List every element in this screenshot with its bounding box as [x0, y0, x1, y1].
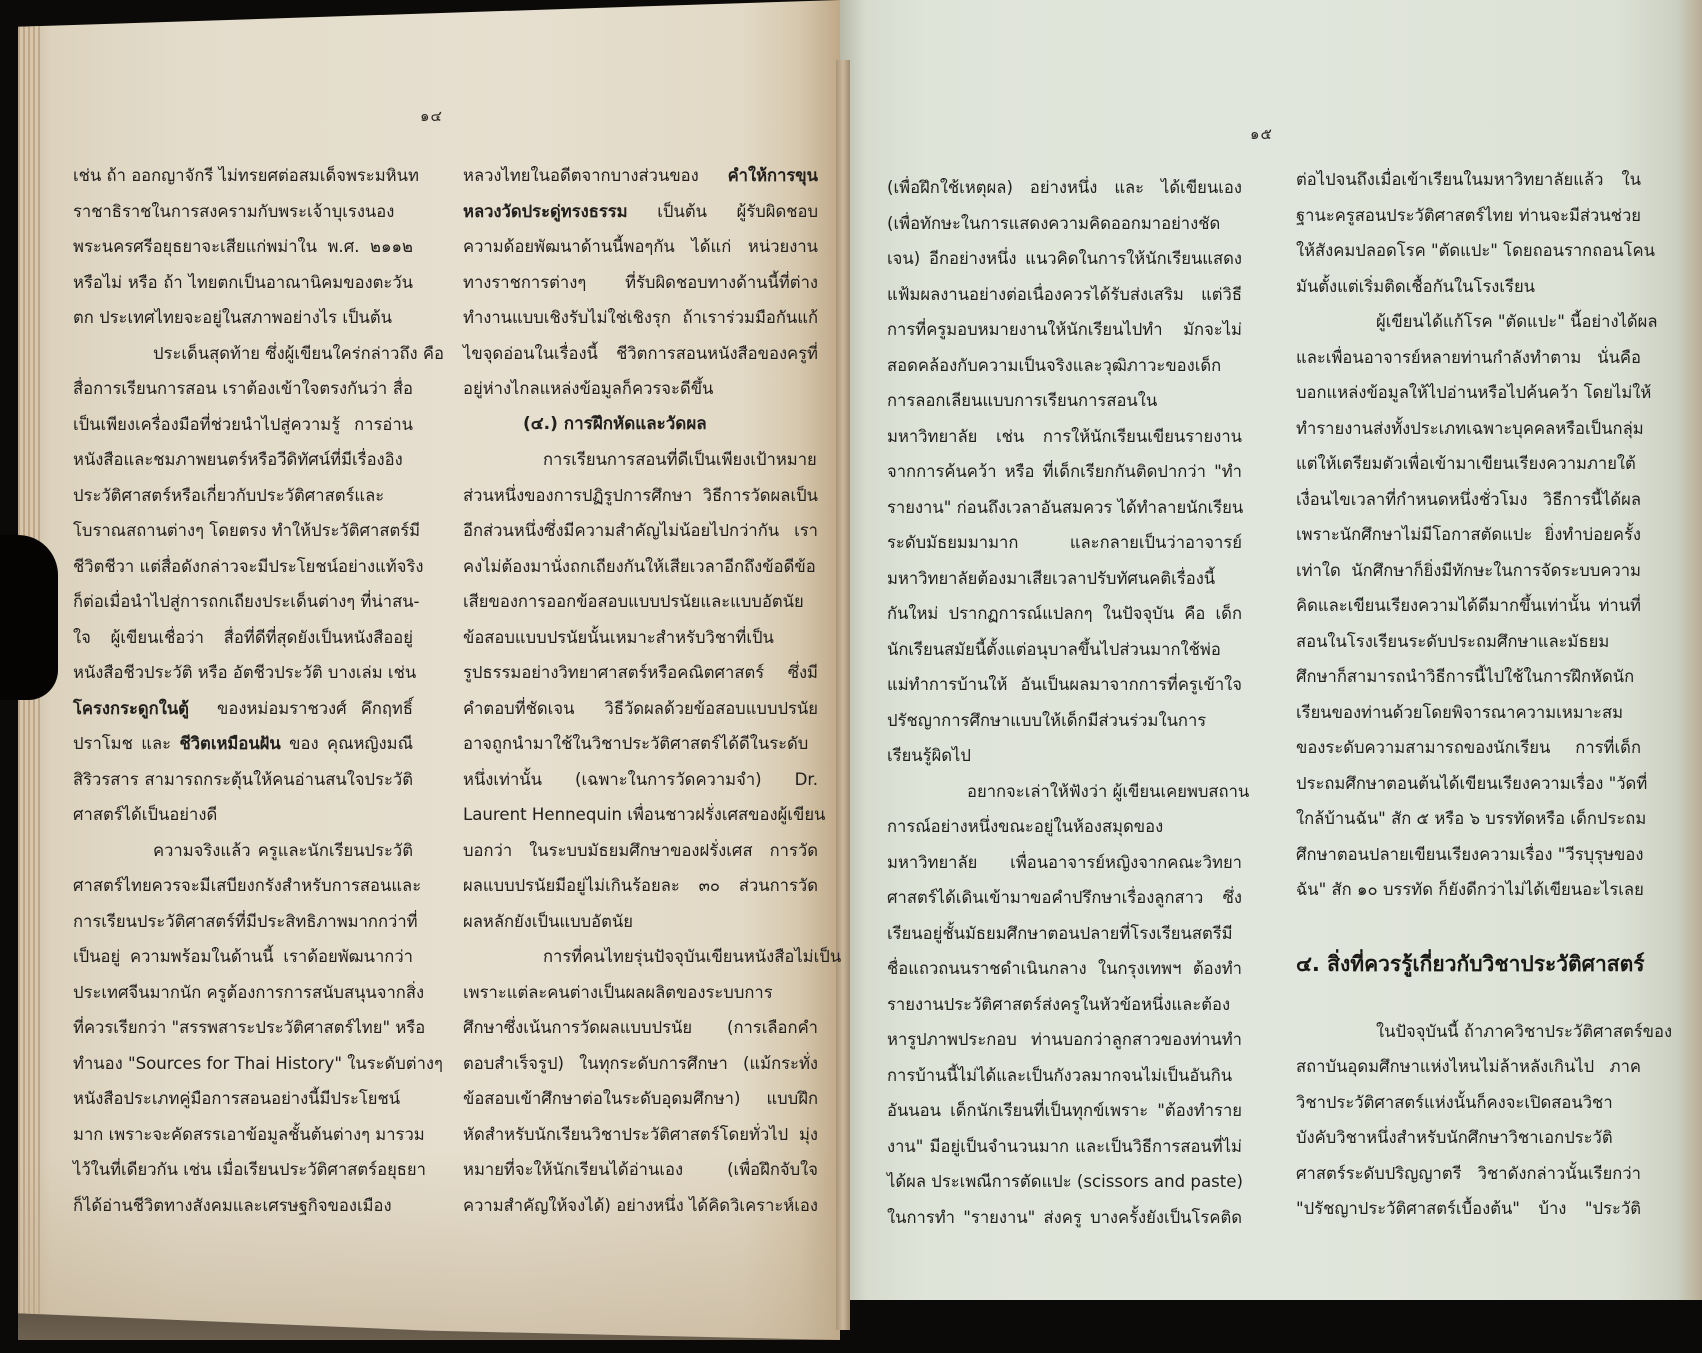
text-line: (เพื่อฝึกใช้เหตุผล) อย่างหนึ่ง และ ได้เข…: [887, 170, 1242, 206]
column-1: เช่น ถ้า ออกญาจักรี ไม่ทรยศต่อสมเด็จพระม…: [73, 158, 413, 1223]
column-2: หลวงไทยในอดีตจากบางส่วนของ คำให้การขุน ห…: [463, 158, 818, 1223]
paragraph-start: อยากจะเล่าให้ฟังว่า ผู้เขียนเคยพบสถาน: [887, 774, 1242, 810]
text-line: ทำนอง "Sources for Thai History" ในระดับ…: [73, 1046, 413, 1082]
text-line: เสียของการออกข้อสอบแบบปรนัยและแบบอัตนัย: [463, 584, 818, 620]
text-line: ที่ควรเรียกว่า "สรรพสาระประวัติศาสตร์ไทย…: [73, 1010, 413, 1046]
text-line: Laurent Hennequin เพื่อนชาวฝรั่งเศสของผู…: [463, 797, 818, 833]
text-line: การที่ครูมอบหมายงานให้นักเรียนไปทำ มักจะ…: [887, 312, 1242, 348]
text-line: มาก เพราะจะคัดสรรเอาข้อมูลชั้นต้นต่างๆ ม…: [73, 1117, 413, 1153]
text-line: ฐานะครูสอนประวัติศาสตร์ไทย ท่านจะมีส่วนช…: [1296, 198, 1641, 234]
text-line: ข้อสอบแบบปรนัยนั้นเหมาะสำหรับวิชาที่เป็น: [463, 620, 818, 656]
text-line: กันใหม่ ปรากฏการณ์แปลกๆ ในปัจจุบัน คือ เ…: [887, 596, 1242, 632]
text-line: สถาบันอุดมศึกษาแห่งไหนไม่ล้าหลังเกินไป ภ…: [1296, 1049, 1641, 1085]
text-line: ศึกษาซึ่งเน้นการวัดผลแบบปรนัย (การเลือกค…: [463, 1010, 818, 1046]
text-line: ข้อสอบเข้าศึกษาต่อในระดับอุดมศึกษา) แบบฝ…: [463, 1081, 818, 1117]
text-line: หารูปภาพประกอบ ท่านบอกว่าลูกสาวของท่านทำ: [887, 1022, 1242, 1058]
text-line: ประถมศึกษาตอนต้นได้เขียนเรียงความเรื่อง …: [1296, 766, 1641, 802]
text-line: หัดสำหรับนักเรียนวิชาประวัติศาสตร์โดยทั่…: [463, 1117, 818, 1153]
book-title-bold: โครงกระดูกในตู้: [73, 699, 189, 718]
document-title-bold: หลวงวัดประดู่ทรงธรรม: [463, 202, 628, 221]
thumb-shadow: [0, 535, 58, 700]
text-line: การลอกเลียนแบบการเรียนการสอนใน: [887, 383, 1242, 419]
text-line: คงไม่ต้องมานั่งถกเถียงกันให้เสียเวลาอีกถ…: [463, 549, 818, 585]
text-line: การบ้านนี้ไม่ได้และเป็นกังวลมากจนไม่เป็น…: [887, 1058, 1242, 1094]
text-line: ราชาธิราชในการสงครามกับพระเจ้าบุเรงนอง: [73, 194, 413, 230]
text-line: ผลแบบปรนัยมีอยู่ไม่เกินร้อยละ ๓๐ ส่วนการ…: [463, 868, 818, 904]
book-title-bold: ชีวิตเหมือนฝัน: [179, 734, 280, 753]
text-line: ทำรายงานส่งทั้งประเภทเฉพาะบุคคลหรือเป็นก…: [1296, 411, 1641, 447]
text-line: หนังสือประเภทคู่มือการสอนอย่างนี้มีประโย…: [73, 1081, 413, 1117]
text-line: อยู่ห่างไกลแหล่งข้อมูลก็ควรจะดีขึ้น: [463, 371, 818, 407]
text-line-with-bold: ปราโมช และ ชีวิตเหมือนฝัน ของ คุณหญิงมณี: [73, 726, 413, 762]
text-line: ศึกษาตอนปลายเขียนเรียงความเรื่อง "วีรบุร…: [1296, 837, 1641, 873]
text-line: ผลหลักยังเป็นแบบอัตนัย: [463, 904, 818, 940]
text-line: ต่อไปจนถึงเมื่อเข้าเรียนในมหาวิทยาลัยแล้…: [1296, 162, 1641, 198]
text-line: ตก ประเทศไทยจะอยู่ในสภาพอย่างไร เป็นต้น: [73, 300, 413, 336]
text-line: หนังสือชีวประวัติ หรือ อัตชีวประวัติ บาง…: [73, 655, 413, 691]
text-line: แฟ้มผลงานอย่างต่อเนื่องควรได้รับส่งเสริม…: [887, 277, 1242, 313]
text-line: ก็ได้อ่านชีวิตทางสังคมและเศรษฐกิจของเมือ…: [73, 1188, 413, 1224]
text-line: เพราะแต่ละคนต่างเป็นผลผลิตของระบบการ: [463, 975, 818, 1011]
paragraph-start: ประเด็นสุดท้าย ซึ่งผู้เขียนใคร่กล่าวถึง …: [73, 336, 413, 372]
text-line: หนังสือและชมภาพยนตร์หรือวีดิทัศน์ที่มีเร…: [73, 442, 413, 478]
page-number-right: ๑๕: [1250, 122, 1273, 146]
text-line: งาน" มีอยู่เป็นจำนวนมาก และเป็นวิธีการสอ…: [887, 1129, 1242, 1165]
text-line: ประวัติศาสตร์หรือเกี่ยวกับประวัติศาสตร์แ…: [73, 478, 413, 514]
text-line: ไว้ในที่เดียวกัน เช่น เมื่อเรียนประวัติศ…: [73, 1152, 413, 1188]
text-line: ชีวิตชีวา แต่สื่อดังกล่าวจะมีประโยชน์อย่…: [73, 549, 413, 585]
text-line: ใกล้บ้านฉัน" สัก ๕ หรือ ๖ บรรทัดหรือ เด็…: [1296, 801, 1641, 837]
text-line: หมายที่จะให้นักเรียนได้อ่านเอง (เพื่อฝึก…: [463, 1152, 818, 1188]
text-line: ระดับมัธยมมามาก และกลายเป็นว่าอาจารย์: [887, 525, 1242, 561]
text-line: การเรียนประวัติศาสตร์ที่มีประสิทธิภาพมาก…: [73, 904, 413, 940]
text-line: การณ์อย่างหนึ่งขณะอยู่ในห้องสมุดของ: [887, 809, 1242, 845]
column-4: ต่อไปจนถึงเมื่อเข้าเรียนในมหาวิทยาลัยแล้…: [1296, 162, 1641, 1227]
text-line: ชื่อแถวถนนราชดำเนินกลาง ในกรุงเทพฯ ต้องท…: [887, 951, 1242, 987]
text-line: บอกว่า ในระบบมัธยมศึกษาของฝรั่งเศส การวั…: [463, 833, 818, 869]
text-line: ให้สังคมปลอดโรค "ตัดแปะ" โดยถอนรากถอนโคน: [1296, 233, 1641, 269]
text-line: (เพื่อทักษะในการแสดงความคิดออกมาอย่างชัด: [887, 206, 1242, 242]
text-line: ประเทศจีนมากนัก ครูต้องการการสนับสนุนจาก…: [73, 975, 413, 1011]
text-line: เรียนรู้ผิดไป: [887, 738, 1242, 774]
text-line: สิริวรสาร สามารถกระตุ้นให้คนอ่านสนใจประว…: [73, 762, 413, 798]
text-line: หรือไม่ หรือ ถ้า ไทยตกเป็นอาณานิคมของตะว…: [73, 265, 413, 301]
text-line: เป็นเพียงเครื่องมือที่ช่วยนำไปสู่ความรู้…: [73, 407, 413, 443]
paragraph-start: ผู้เขียนได้แก้โรค "ตัดแปะ" นี้อย่างได้ผล: [1296, 304, 1641, 340]
paragraph-start: ในปัจจุบันนี้ ถ้าภาควิชาประวัติศาสตร์ของ: [1296, 1014, 1641, 1050]
text-line: มหาวิทยาลัย เช่น การให้นักเรียนเขียนรายง…: [887, 419, 1242, 455]
text-line: มหาวิทยาลัย เพื่อนอาจารย์หญิงจากคณะวิทยา: [887, 845, 1242, 881]
text-line: ศาสตร์ระดับปริญญาตรี วิชาดังกล่าวนั้นเรี…: [1296, 1156, 1641, 1192]
text-line: เท่าใด นักศึกษาก็ยิ่งมีทักษะในการจัดระบบ…: [1296, 553, 1641, 589]
text-line: สื่อการเรียนการสอน เราต้องเข้าใจตรงกันว่…: [73, 371, 413, 407]
text-line: บังคับวิชาหนึ่งสำหรับนักศึกษาวิชาเอกประว…: [1296, 1120, 1641, 1156]
text-line: คำตอบที่ชัดเจน วิธีวัดผลด้วยข้อสอบแบบปรน…: [463, 691, 818, 727]
text-line: ปรัชญาการศึกษาแบบให้เด็กมีส่วนร่วมในการ: [887, 703, 1242, 739]
text-line: ทางราชการต่างๆ ที่รับผิดชอบทางด้านนี้ที่…: [463, 265, 818, 301]
text-line: แม่ทำการบ้านให้ อันเป็นผลมาจากการที่ครูเ…: [887, 667, 1242, 703]
text-line-with-bold: หลวงไทยในอดีตจากบางส่วนของ คำให้การขุน: [463, 158, 818, 194]
text-line: อาจถูกนำมาใช้ในวิชาประวัติศาสตร์ได้ดีในร…: [463, 726, 818, 762]
text-line-with-bold: หลวงวัดประดู่ทรงธรรม เป็นต้น ผู้รับผิดชอ…: [463, 194, 818, 230]
paragraph-start: การที่คนไทยรุ่นปัจจุบันเขียนหนังสือไม่เป…: [463, 939, 818, 975]
text-line: ศาสตร์ได้เป็นอย่างดี: [73, 797, 413, 833]
text-line: ใจ ผู้เขียนเชื่อว่า สื่อที่ดีที่สุดยังเป…: [73, 620, 413, 656]
text-line: ความสำคัญให้จงได้) อย่างหนึ่ง ได้คิดวิเค…: [463, 1188, 818, 1224]
text-line: ก็ต่อเมื่อนำไปสู่การถกเถียงประเด็นต่างๆ …: [73, 584, 413, 620]
text-line: อันนอน เด็กนักเรียนที่เป็นทุกข์เพราะ "ต้…: [887, 1093, 1242, 1129]
text-line: วิชาประวัติศาสตร์แห่งนั้นก็คงจะเปิดสอนวิ…: [1296, 1085, 1641, 1121]
text-line: "ปรัชญาประวัติศาสตร์เบื้องต้น" บ้าง "ประ…: [1296, 1191, 1641, 1227]
text-line: รายงาน" ก่อนถึงเวลาอันสมควร ได้ทำลายนักเ…: [887, 490, 1242, 526]
text-line: เรียนอยู่ชั้นมัธยมศึกษาตอนปลายที่โรงเรีย…: [887, 916, 1242, 952]
text-line: คิดและเขียนเรียงความได้ดีมากขึ้นเท่านั้น…: [1296, 588, 1641, 624]
paragraph-start: การเรียนการสอนที่ดีเป็นเพียงเป้าหมาย: [463, 442, 818, 478]
text-line: บอกแหล่งข้อมูลให้ไปอ่านหรือไปค้นคว้า โดย…: [1296, 375, 1641, 411]
text-line: ศาสตร์ไทยควรจะมีเสบียงกรังสำหรับการสอนแล…: [73, 868, 413, 904]
text-line: ไขจุดอ่อนในเรื่องนี้ ชีวิตการสอนหนังสือข…: [463, 336, 818, 372]
page-number-left: ๑๔: [420, 104, 443, 128]
section-heading: ๔. สิ่งที่ควรรู้เกี่ยวกับวิชาประวัติศาสต…: [1296, 944, 1641, 984]
text-line: และเพื่อนอาจารย์หลายท่านกำลังทำตาม นั่นค…: [1296, 340, 1641, 376]
text-line: สอนในโรงเรียนระดับประถมศึกษาและมัธยม: [1296, 624, 1641, 660]
text-line: ศาสตร์ได้เดินเข้ามาขอคำปรึกษาเรื่องลูกสา…: [887, 880, 1242, 916]
text-line: เรียนของท่านด้วยโดยพิจารณาความเหมาะสม: [1296, 695, 1641, 731]
text-line: เช่น ถ้า ออกญาจักรี ไม่ทรยศต่อสมเด็จพระม…: [73, 158, 413, 194]
text-line: นักเรียนสมัยนี้ตั้งแต่อนุบาลขึ้นไปส่วนมา…: [887, 632, 1242, 668]
column-3: (เพื่อฝึกใช้เหตุผล) อย่างหนึ่ง และ ได้เข…: [887, 170, 1242, 1235]
text-line: อีกส่วนหนึ่งซึ่งมีความสำคัญไม่น้อยไปกว่า…: [463, 513, 818, 549]
text-line: แต่ให้เตรียมตัวเพื่อเข้ามาเขียนเรียงความ…: [1296, 446, 1641, 482]
text-line: ตอบสำเร็จรูป) ในทุกระดับการศึกษา (แม้กระ…: [463, 1046, 818, 1082]
text-line: พระนครศรีอยุธยาจะเสียแก่พม่าใน พ.ศ. ๒๑๑๒: [73, 229, 413, 265]
text-line: มันตั้งแต่เริ่มติดเชื้อกันในโรงเรียน: [1296, 269, 1641, 305]
text-line: ในการทำ "รายงาน" ส่งครู บางครั้งยังเป็นโ…: [887, 1200, 1242, 1236]
text-line: ความด้อยพัฒนาด้านนี้พอๆกัน ได้แก่ หน่วยง…: [463, 229, 818, 265]
text-line-with-bold: โครงกระดูกในตู้ ของหม่อมราชวงศ์ คึกฤทธิ์: [73, 691, 413, 727]
text-line: โบราณสถานต่างๆ โดยตรง ทำให้ประวัติศาสตร์…: [73, 513, 413, 549]
document-title-bold: คำให้การขุน: [728, 166, 818, 185]
text-line: จากการค้นคว้า หรือ ที่เด็กเรียกกันติดปาก…: [887, 454, 1242, 490]
text-line: ของระดับความสามารถของนักเรียน การที่เด็ก: [1296, 730, 1641, 766]
text-line: เจน) อีกอย่างหนึ่ง แนวคิดในการให้นักเรีย…: [887, 241, 1242, 277]
text-line: เงื่อนไขเวลาที่กำหนดหนึ่งชั่วโมง วิธีการ…: [1296, 482, 1641, 518]
text-line: หนึ่งเท่านั้น (เฉพาะในการวัดความจำ) Dr.: [463, 762, 818, 798]
text-line: ส่วนหนึ่งของการปฏิรูปการศึกษา วิธีการวัด…: [463, 478, 818, 514]
text-line: รายงานประวัติศาสตร์ส่งครูในหัวข้อหนึ่งแล…: [887, 987, 1242, 1023]
text-line: ฉัน" สัก ๑๐ บรรทัด ก็ยังดีกว่าไม่ได้เขีย…: [1296, 872, 1641, 908]
subsection-heading: (๔.) การฝึกหัดและวัดผล: [463, 407, 818, 443]
text-line: เป็นอยู่ ความพร้อมในด้านนี้ เราด้อยพัฒนา…: [73, 939, 413, 975]
text-line: ทำงานแบบเชิงรับไม่ใช่เชิงรุก ถ้าเราร่วมม…: [463, 300, 818, 336]
text-line: เพราะนักศึกษาไม่มีโอกาสตัดแปะ ยิ่งทำบ่อย…: [1296, 517, 1641, 553]
text-line: ศึกษาก็สามารถนำวิธีการนี้ไปใช้ในการฝึกหั…: [1296, 659, 1641, 695]
text-line: มหาวิทยาลัยต้องมาเสียเวลาปรับทัศนคติเรื่…: [887, 561, 1242, 597]
book-gutter: [836, 60, 850, 1330]
paragraph-start: ความจริงแล้ว ครูและนักเรียนประวัติ: [73, 833, 413, 869]
text-line: สอดคล้องกับความเป็นจริงและวุฒิภาวะของเด็…: [887, 348, 1242, 384]
text-line: รูปธรรมอย่างวิทยาศาสตร์หรือคณิตศาสตร์ ซึ…: [463, 655, 818, 691]
text-line: ได้ผล ประเพณีการตัดแปะ (scissors and pas…: [887, 1164, 1242, 1200]
